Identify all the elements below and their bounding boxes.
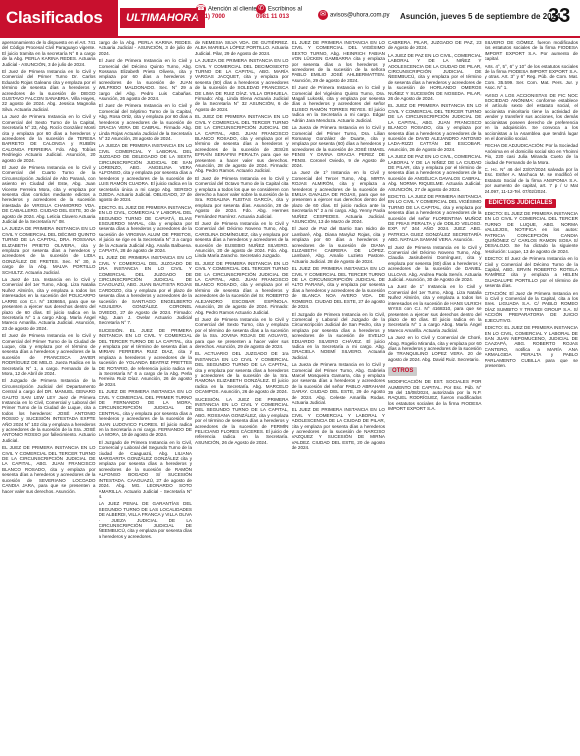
classifieds-columns: apersonamiento de lo dispuesto en el Art… [2, 40, 578, 756]
notice: FECHA DE ADJUDICACIÓN: Por la Sociedad A… [485, 143, 579, 165]
contact-whatsapp: ✆Escribinos al0981 11 013 [256, 4, 302, 21]
notice: Arts. 4°, 5°, 6° y 10° de los estatutos … [485, 64, 579, 91]
notice: EDICTO: EL JUEZ DE PRIMERA INSTANCIA EN … [485, 325, 579, 368]
notice: LA JUEZ PENAL DE GARANTÍAS DEL SEGUNDO T… [99, 501, 193, 539]
notice: EL JUEZ DE PRIMERA INSTANCIA EN LO CIVIL… [292, 407, 386, 450]
notice: El Juez de Primera Instancia en lo Civil… [2, 333, 96, 376]
column-4: EL JUEZ DE PRIMERA INSTANCIA EN LO CIVIL… [292, 40, 386, 756]
column-2: cargo de la Abg. PERLA KARINA REDES. Act… [99, 40, 193, 756]
section-header-edictos: EDICTOS JUDICIALES [485, 199, 557, 208]
notice: El Juzgado de Primera Instancia en lo Ci… [99, 440, 193, 499]
page-header: Clasificados ULTIMAHORA ☎Atención al cli… [0, 0, 580, 38]
notice: La Juez en lo Civil y Comercial de Choré… [388, 335, 482, 362]
notice: EL JUEZ DE PRIMERA INSTANCIA EN LO CIVIL… [195, 261, 289, 315]
notice: El Juez de Primera Instancia en lo Civil… [2, 69, 96, 112]
newspaper-logo: ULTIMAHORA [120, 8, 205, 28]
notice: El Juez de Primera Instancia en lo Civil… [99, 103, 193, 141]
notice: LA JUEZ DE PAZ EN LO CIVIL, COMERCIAL LA… [388, 154, 482, 192]
notice: El Juez de Primera Instancia en lo Civil… [99, 58, 193, 101]
notice: LA JUEZA DE PRIMERA INSTANCIA EN LO CIVI… [195, 58, 289, 112]
notice: El Juez de Primera Instancia en lo Civil… [388, 245, 482, 283]
notice: CITACIÓN: El Juez de Primera Instancia e… [485, 291, 579, 323]
column-3: de NEMESIA SILVA VDA. DE GUTIÉRREZ. ALBA… [195, 40, 289, 756]
notice: El Juez de Primera Instancia en lo Civil… [2, 165, 96, 224]
notice: La Jueza de Primera Instancia en lo Civi… [292, 125, 386, 168]
page-number: 33 [548, 5, 570, 28]
notice: cargo de la Abg. PERLA KARINA REDES. Act… [99, 40, 193, 56]
notice: EL JUEZ DE PRIMERA INSTANCIA EN LO CIVIL… [292, 40, 386, 83]
column-6: SILVERO DE GÓMEZ. fueron modificados los… [485, 40, 579, 756]
notice: La Juez de 1ra. Instancia en lo Civil y … [2, 277, 96, 331]
notice: La Juez de Primera Instancia en lo Civil… [2, 114, 96, 163]
notice: de NEMESIA SILVA VDA. DE GUTIÉRREZ. ALBA… [195, 40, 289, 56]
notice: EDICTO. LA JUEZ DE PRIMERA INSTANCIA EN … [388, 194, 482, 243]
notice: SUCESIÓN. EL JUEZ DE PRIMERA INSTANCIA E… [99, 328, 193, 387]
notice: EL JUEZ DE PRIMERA INSTANCIA EN LO CIVIL… [2, 445, 96, 494]
whatsapp-icon: ✆ [256, 4, 266, 14]
email-icon: ✉ [318, 10, 328, 20]
notice: LA JUEZA DE PRIMERA INSTANCIA EN LO CIVI… [99, 143, 193, 202]
section-header-otros: OTROS [388, 367, 417, 376]
notice: El Juez de Primera Instancia en lo Civil… [195, 221, 289, 259]
contact-email[interactable]: ✉avisos@uhora.com.py [318, 10, 389, 20]
notice: EDICTO: EL JUEZ DE PRIMERA INSTANCIA EN … [485, 211, 579, 254]
notice: EL ACTUARIO DEL JUZGADO DE 1ra INSTANCIA… [195, 351, 289, 394]
notice: EDICTO. EL JUEZ DE PRIMERA INSTANCIA EN … [99, 205, 193, 254]
notice: El Juez de Primera Instancia en lo Civil… [195, 176, 289, 219]
notice: La Juez de 1° Instancia en lo Civil y Co… [388, 284, 482, 333]
notice: CABRERA. PILAR, JUZGADO DE PAZ, 23 de Ag… [388, 40, 482, 51]
notice: El Juez de Primera Instancia en lo Civil… [195, 317, 289, 349]
notice: EL JUEZ DE PRIMERA INSTANCIA EN LO CIVIL… [195, 114, 289, 173]
notice: EL JUEZ DE PRIMERA INSTANCIA EN LO CIVIL… [99, 255, 193, 325]
notice: LA JUEZ DE PAZ EN LO CIVIL, COMERCIAL LA… [388, 53, 482, 102]
notice: apersonamiento de lo dispuesto en el Art… [2, 40, 96, 67]
notice: MODIFICACIÓN DE EST. SOCIALES POR AUMENT… [388, 379, 482, 411]
notice: La Jueza de Primera Instancia en lo Civi… [292, 362, 386, 405]
notice: AVISO A LOS ACCIONISTAS DE FIC NOC SOCIE… [485, 93, 579, 142]
notice: EDICTO: El Juez de Primera Instancia en … [485, 256, 579, 288]
notice: El Juzgado de Primera Instancia de la Ci… [2, 378, 96, 443]
notice: SILVERO DE GÓMEZ. fueron modificados los… [485, 40, 579, 62]
section-title: Clasificados [0, 0, 118, 36]
notice: La Juez de 1º Instancia en lo Civil y Co… [292, 170, 386, 224]
notice: LA JUEZA DE PRIMERA INSTANCIA EN LO CIVI… [2, 226, 96, 275]
notice: EL JUEZ DE PRIMERA INSTANCIA EN LO CIVIL… [292, 266, 386, 309]
notice: El Juez de Primera Instancia en lo Civil… [292, 85, 386, 123]
notice: EL JUEZ DE PRIMERA INSTANCIA EN LO CIVIL… [388, 103, 482, 152]
contact-phone: ☎Atención al cliente:(021) 7000 [196, 4, 258, 21]
column-1: apersonamiento de lo dispuesto en el Art… [2, 40, 96, 756]
notice: C. Hc. N° 46 del 23/07/2024 salvada por … [485, 167, 579, 194]
notice: El Juzgado de Primera Instancia en lo Ci… [292, 312, 386, 361]
notice: EL JUEZ DE PRIMERA INSTANCIA EN LO CIVIL… [99, 389, 193, 438]
column-5: CABRERA. PILAR, JUZGADO DE PAZ, 23 de Ag… [388, 40, 482, 756]
publication-date: Asunción, jueves 5 de septiembre de 2024 [400, 12, 561, 21]
notice: El Juez de Paz del Barrio San Isidro de … [292, 226, 386, 264]
notice: SUCESIÓN. LA JUEZ DE PRIMERA INSTANCIA E… [195, 397, 289, 446]
phone-icon: ☎ [196, 4, 206, 14]
